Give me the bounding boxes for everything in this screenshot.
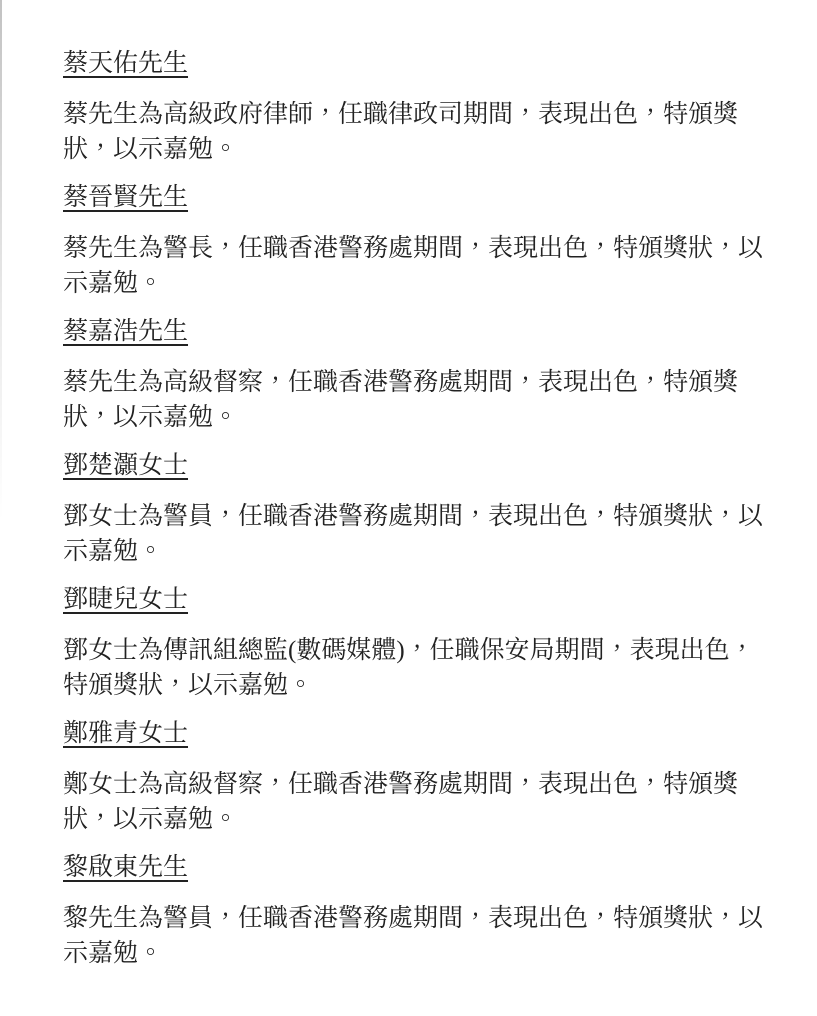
award-entry: 蔡晉賢先生 蔡先生為警長，任職香港警務處期間，表現出色，特頒獎狀，以 示嘉勉。 bbox=[63, 180, 763, 301]
citation-text: 鄧女士為傳訊組總監(數碼媒體)，任職保安局期間，表現出色， 特頒獎狀，以示嘉勉。 bbox=[63, 633, 763, 703]
award-entry: 鄭雅青女士 鄭女士為高級督察，任職香港警務處期間，表現出色，特頒獎 狀，以示嘉勉… bbox=[63, 716, 763, 837]
recipient-name: 蔡嘉浩先生 bbox=[63, 318, 188, 345]
award-entry: 黎啟東先生 黎先生為警員，任職香港警務處期間，表現出色，特頒獎狀，以 示嘉勉。 bbox=[63, 850, 763, 971]
recipient-name: 蔡天佑先生 bbox=[63, 50, 188, 77]
award-citation-list: 蔡天佑先生 蔡先生為高級政府律師，任職律政司期間，表現出色，特頒獎 狀，以示嘉勉… bbox=[63, 46, 763, 984]
citation-text: 蔡先生為高級督察，任職香港警務處期間，表現出色，特頒獎 狀，以示嘉勉。 bbox=[63, 365, 763, 435]
recipient-name-heading: 鄧睫兒女士 bbox=[63, 582, 763, 617]
citation-text: 黎先生為警員，任職香港警務處期間，表現出色，特頒獎狀，以 示嘉勉。 bbox=[63, 901, 763, 971]
citation-text: 蔡先生為警長，任職香港警務處期間，表現出色，特頒獎狀，以 示嘉勉。 bbox=[63, 231, 763, 301]
recipient-name-heading: 蔡晉賢先生 bbox=[63, 180, 763, 215]
citation-text: 蔡先生為高級政府律師，任職律政司期間，表現出色，特頒獎 狀，以示嘉勉。 bbox=[63, 97, 763, 167]
recipient-name: 蔡晉賢先生 bbox=[63, 184, 188, 211]
citation-text: 鄧女士為警員，任職香港警務處期間，表現出色，特頒獎狀，以 示嘉勉。 bbox=[63, 499, 763, 569]
award-entry: 鄧楚灝女士 鄧女士為警員，任職香港警務處期間，表現出色，特頒獎狀，以 示嘉勉。 bbox=[63, 448, 763, 569]
recipient-name-heading: 蔡天佑先生 bbox=[63, 46, 763, 81]
scan-edge-artifact bbox=[0, 0, 2, 520]
recipient-name: 鄧楚灝女士 bbox=[63, 452, 188, 479]
award-entry: 蔡天佑先生 蔡先生為高級政府律師，任職律政司期間，表現出色，特頒獎 狀，以示嘉勉… bbox=[63, 46, 763, 167]
recipient-name-heading: 黎啟東先生 bbox=[63, 850, 763, 885]
recipient-name: 黎啟東先生 bbox=[63, 854, 188, 881]
recipient-name-heading: 鄭雅青女士 bbox=[63, 716, 763, 751]
award-entry: 蔡嘉浩先生 蔡先生為高級督察，任職香港警務處期間，表現出色，特頒獎 狀，以示嘉勉… bbox=[63, 314, 763, 435]
award-entry: 鄧睫兒女士 鄧女士為傳訊組總監(數碼媒體)，任職保安局期間，表現出色， 特頒獎狀… bbox=[63, 582, 763, 703]
recipient-name-heading: 蔡嘉浩先生 bbox=[63, 314, 763, 349]
recipient-name: 鄧睫兒女士 bbox=[63, 586, 188, 613]
recipient-name-heading: 鄧楚灝女士 bbox=[63, 448, 763, 483]
citation-text: 鄭女士為高級督察，任職香港警務處期間，表現出色，特頒獎 狀，以示嘉勉。 bbox=[63, 767, 763, 837]
recipient-name: 鄭雅青女士 bbox=[63, 720, 188, 747]
